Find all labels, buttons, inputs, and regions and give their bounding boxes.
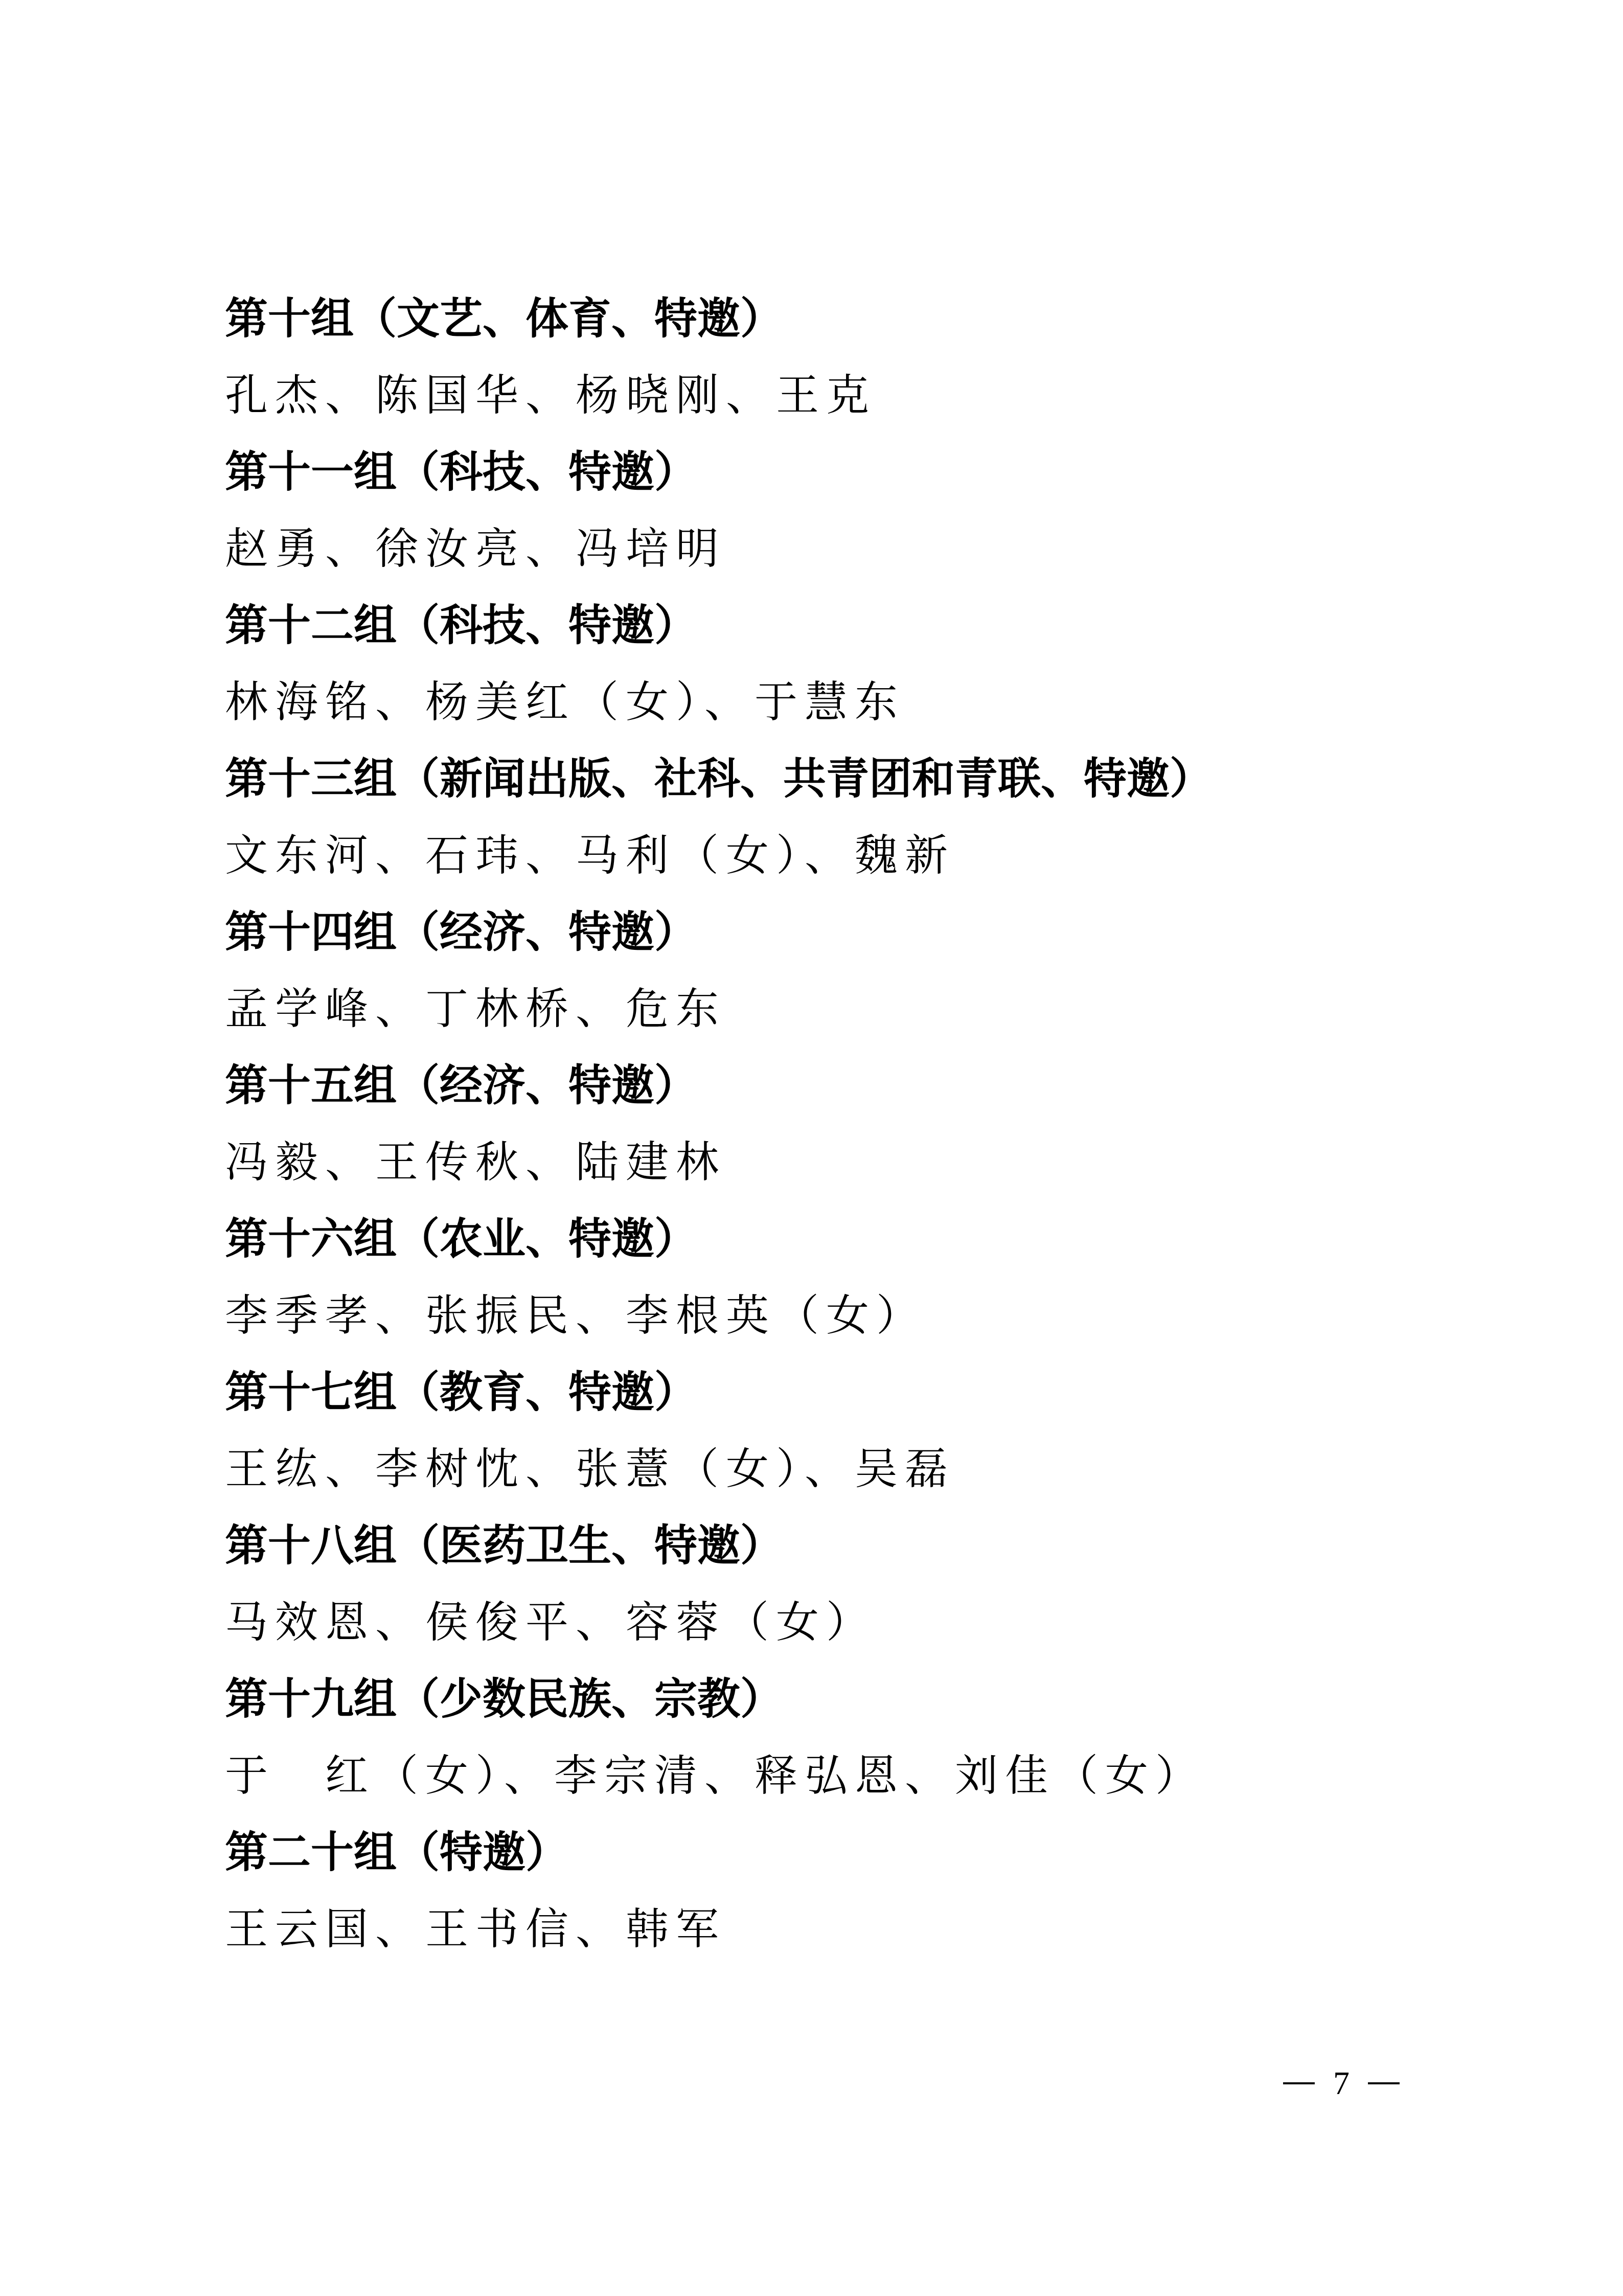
group-heading: 第十二组（科技、特邀） — [225, 587, 1401, 664]
group-members: 赵勇、徐汝亮、冯培明 — [225, 510, 1401, 587]
group-15: 第十五组（经济、特邀） 冯毅、王传秋、陆建林 — [225, 1047, 1401, 1200]
group-heading: 第十三组（新闻出版、社科、共青团和青联、特邀） — [225, 740, 1401, 817]
group-18: 第十八组（医药卫生、特邀） 马效恩、侯俊平、容蓉（女） — [225, 1507, 1401, 1661]
group-members: 李季孝、张振民、李根英（女） — [225, 1277, 1401, 1354]
group-13: 第十三组（新闻出版、社科、共青团和青联、特邀） 文东河、石玮、马利（女）、魏新 — [225, 740, 1401, 894]
group-heading: 第十四组（经济、特邀） — [225, 894, 1401, 970]
group-20: 第二十组（特邀） 王云国、王书信、韩军 — [225, 1814, 1401, 1967]
group-heading: 第十九组（少数民族、宗教） — [225, 1661, 1401, 1737]
group-16: 第十六组（农业、特邀） 李季孝、张振民、李根英（女） — [225, 1200, 1401, 1354]
group-members: 孔杰、陈国华、杨晓刚、王克 — [225, 357, 1401, 434]
group-members: 孟学峰、丁林桥、危东 — [225, 970, 1401, 1047]
group-11: 第十一组（科技、特邀） 赵勇、徐汝亮、冯培明 — [225, 434, 1401, 587]
group-list: 第十组（文艺、体育、特邀） 孔杰、陈国华、杨晓刚、王克 第十一组（科技、特邀） … — [225, 280, 1401, 1967]
group-members: 王云国、王书信、韩军 — [225, 1891, 1401, 1967]
group-members: 文东河、石玮、马利（女）、魏新 — [225, 817, 1401, 894]
group-heading: 第十组（文艺、体育、特邀） — [225, 280, 1401, 357]
document-page: 第十组（文艺、体育、特邀） 孔杰、陈国华、杨晓刚、王克 第十一组（科技、特邀） … — [0, 0, 1623, 2296]
group-14: 第十四组（经济、特邀） 孟学峰、丁林桥、危东 — [225, 894, 1401, 1047]
group-heading: 第十五组（经济、特邀） — [225, 1047, 1401, 1124]
page-number-value: 7 — [1333, 2058, 1350, 2109]
group-members: 马效恩、侯俊平、容蓉（女） — [225, 1584, 1401, 1661]
group-members: 冯毅、王传秋、陆建林 — [225, 1124, 1401, 1200]
group-19: 第十九组（少数民族、宗教） 于 红（女）、李宗清、释弘恩、刘佳（女） — [225, 1661, 1401, 1814]
group-heading: 第十一组（科技、特邀） — [225, 434, 1401, 510]
dash-left-icon — [1283, 2082, 1315, 2084]
page-number: 7 — [1283, 2058, 1400, 2109]
group-members: 于 红（女）、李宗清、释弘恩、刘佳（女） — [225, 1737, 1401, 1814]
group-heading: 第十六组（农业、特邀） — [225, 1200, 1401, 1277]
group-17: 第十七组（教育、特邀） 王纮、李树忱、张薏（女）、吴磊 — [225, 1354, 1401, 1507]
group-heading: 第二十组（特邀） — [225, 1814, 1401, 1891]
group-members: 王纮、李树忱、张薏（女）、吴磊 — [225, 1430, 1401, 1507]
group-heading: 第十八组（医药卫生、特邀） — [225, 1507, 1401, 1584]
group-heading: 第十七组（教育、特邀） — [225, 1354, 1401, 1430]
group-members: 林海铭、杨美红（女）、于慧东 — [225, 664, 1401, 740]
dash-right-icon — [1368, 2082, 1400, 2084]
group-10: 第十组（文艺、体育、特邀） 孔杰、陈国华、杨晓刚、王克 — [225, 280, 1401, 434]
group-12: 第十二组（科技、特邀） 林海铭、杨美红（女）、于慧东 — [225, 587, 1401, 740]
